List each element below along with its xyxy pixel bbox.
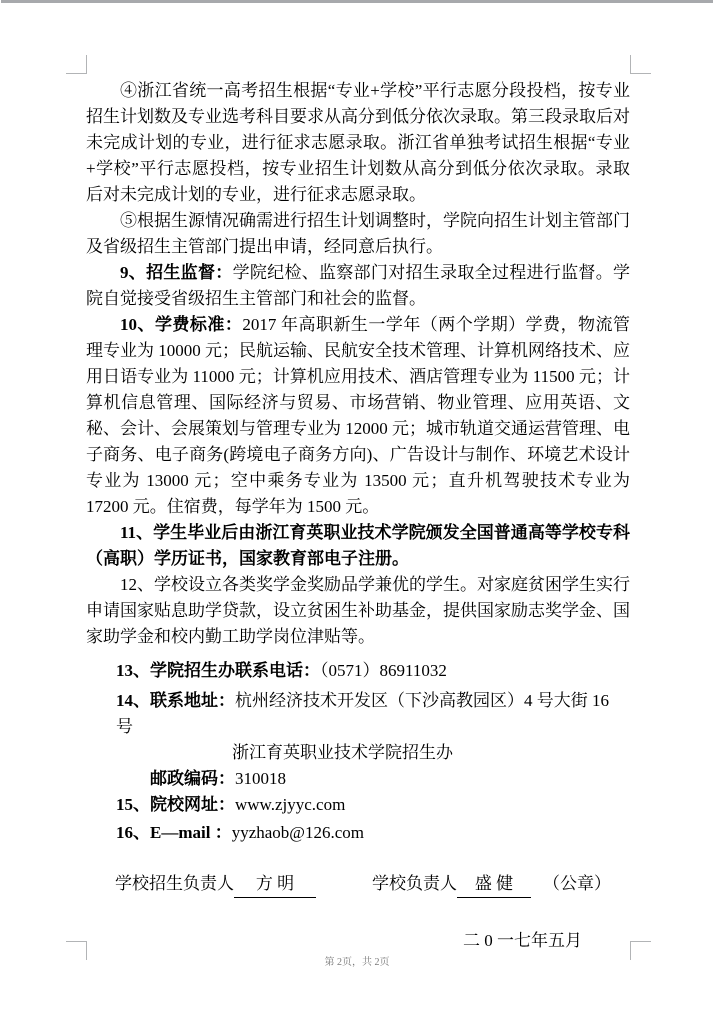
- contact-email-row: 16、E—mail ：yyzhaob@126.com: [86, 820, 630, 846]
- paragraph-item-11-diploma: 11、学生毕业后由浙江育英职业技术学院颁发全国普通高等学校专科（高职）学历证书，…: [86, 520, 630, 572]
- signature-seal-note: （公章）: [543, 874, 611, 893]
- contact-website-label: 15、院校网址：: [116, 795, 235, 814]
- page-content: ④浙江省统一高考招生根据“专业+学校”平行志愿分段投档，按专业招生计划数及专业选…: [86, 78, 630, 954]
- paragraph-item-10-tuition: 10、学费标准：2017 年高职新生一学年（两个学期）学费，物流管理专业为 10…: [86, 312, 630, 520]
- signature-recruit-label: 学校招生负责人: [115, 874, 234, 893]
- contact-website-value: www.zjyyc.com: [235, 795, 345, 814]
- document-date: 二 0 一七年五月: [86, 928, 630, 954]
- contact-address-line2: 浙江育英职业技术学院招生办: [86, 740, 630, 766]
- contact-phone-label: 13、学院招生办联系电话：: [116, 661, 320, 680]
- item-10-label: 10、学费标准：: [120, 315, 242, 334]
- paragraph-item-12-scholarship: 12、学校设立各类奖学金奖励品学兼优的学生。对家庭贫困学生实行申请国家贴息助学贷…: [86, 572, 630, 650]
- contact-email-value: yyzhaob@126.com: [232, 823, 364, 842]
- paragraph-item-9-supervision: 9、招生监督：学院纪检、监察部门对招生录取全过程进行监督。学院自觉接受省级招生主…: [86, 260, 630, 312]
- item-9-label: 9、招生监督：: [120, 263, 233, 282]
- contact-website-row: 15、院校网址：www.zjyyc.com: [86, 792, 630, 818]
- signature-row: 学校招生负责人方 明学校负责人盛 健（公章）: [86, 871, 630, 898]
- contact-phone-row: 13、学院招生办联系电话：（0571）86911032: [86, 658, 630, 684]
- signature-school-label: 学校负责人: [372, 874, 457, 893]
- page-top-edge: [1, 0, 713, 3]
- contact-phone-value: （0571）86911032: [320, 661, 447, 680]
- item-10-text: 2017 年高职新生一学年（两个学期）学费，物流管理专业为 10000 元；民航…: [86, 315, 630, 516]
- margin-crop-mark-top-right: [630, 55, 651, 74]
- signature-school-name: 盛 健: [457, 871, 531, 898]
- contact-postal-value: 310018: [235, 769, 286, 788]
- page-number-footer: 第 2页，共 2页: [0, 956, 714, 970]
- contact-postal-row: 邮政编码：310018: [86, 766, 630, 792]
- contact-address-row: 14、联系地址：杭州经济技术开发区（下沙高教园区）4 号大街 16 号: [86, 688, 630, 740]
- contact-email-label: 16、E—mail ：: [116, 823, 232, 842]
- margin-crop-mark-top-left: [66, 55, 87, 74]
- paragraph-admission-rule-4: ④浙江省统一高考招生根据“专业+学校”平行志愿分段投档，按专业招生计划数及专业选…: [86, 78, 630, 208]
- paragraph-admission-rule-5: ⑤根据生源情况确需进行招生计划调整时，学院向招生计划主管部门及省级招生主管部门提…: [86, 208, 630, 260]
- signature-recruit-name: 方 明: [234, 871, 316, 898]
- contact-postal-label: 邮政编码：: [150, 769, 235, 788]
- contact-address-label: 14、联系地址：: [116, 691, 235, 710]
